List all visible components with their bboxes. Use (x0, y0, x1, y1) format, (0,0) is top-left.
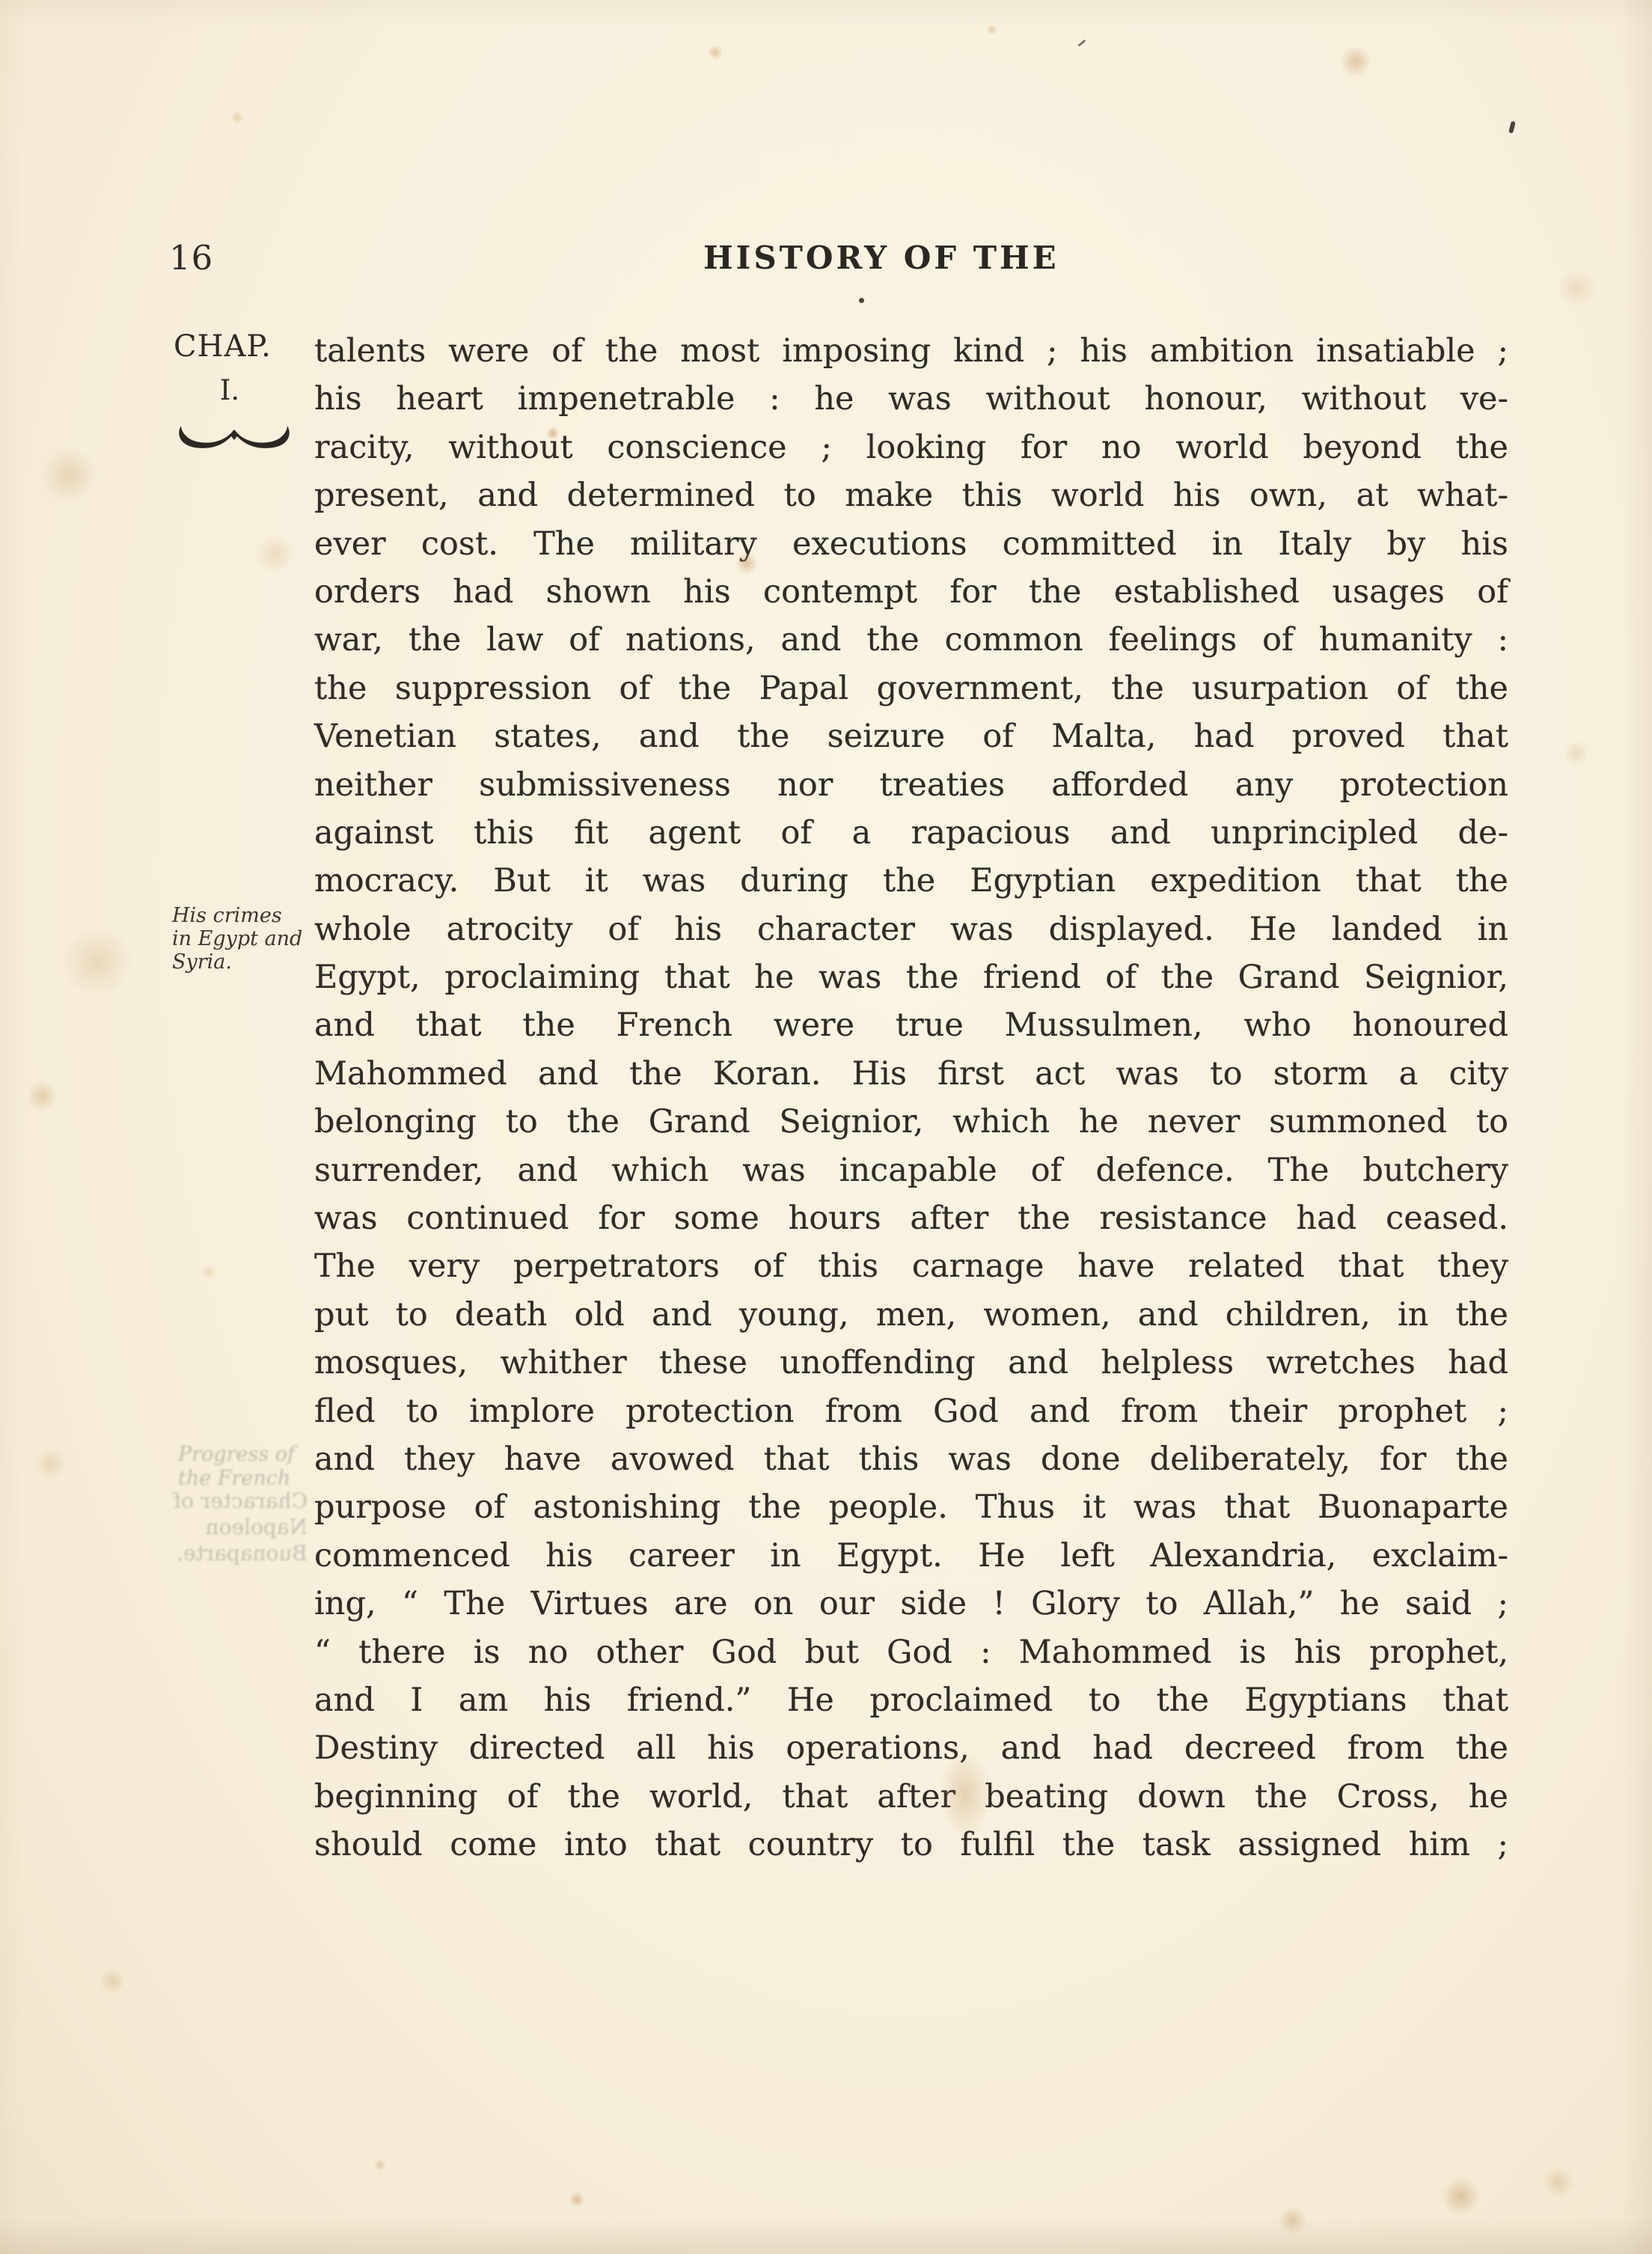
foxing-spot (60, 928, 135, 995)
text-line: the suppression of the Papal government,… (314, 665, 1508, 712)
text-line: against this fit agent of a rapacious an… (314, 809, 1508, 857)
text-line: his heart impenetrable : he was without … (314, 375, 1508, 423)
body-text: talents were of the most imposing kind ;… (314, 327, 1508, 1869)
text-line: racity, without conscience ; looking for… (314, 424, 1508, 471)
foxing-spot (1440, 2178, 1481, 2215)
text-line: should come into that country to fulfil … (314, 1821, 1508, 1869)
text-line: Mahommed and the Koran. His first act wa… (314, 1050, 1508, 1098)
text-line: commenced his career in Egypt. He left A… (314, 1532, 1508, 1580)
bleedthrough-note: Progress of the French (178, 1443, 316, 1491)
text-line: ing, “ The Virtues are on our side ! Glo… (314, 1580, 1508, 1628)
foxing-spot (26, 1081, 58, 1111)
bleedthrough-note-mirrored: Character of Napoleon Buonaparte. (147, 1488, 308, 1566)
foxing-spot (230, 111, 244, 124)
text-line: and that the French were true Mussulmen,… (314, 1001, 1508, 1049)
ink-speck (1077, 39, 1086, 46)
margin-note-crimes: His crimes in Egypt and Syria. (172, 904, 305, 974)
foxing-spot (99, 1968, 126, 1994)
text-line: surrender, and which was incapable of de… (314, 1146, 1508, 1194)
ink-speck (859, 298, 864, 303)
text-line: war, the law of nations, and the common … (314, 616, 1508, 664)
text-line: Venetian states, and the seizure of Malt… (314, 712, 1508, 760)
text-line: belonging to the Grand Seignior, which h… (314, 1098, 1508, 1146)
running-header: HISTORY OF THE (703, 239, 1059, 276)
foxing-spot (1541, 2166, 1575, 2198)
foxing-spot (1556, 269, 1597, 307)
text-line: talents were of the most imposing kind ;… (314, 327, 1508, 375)
text-line: orders had shown his contempt for the es… (314, 568, 1508, 616)
book-page: 16 HISTORY OF THE CHAP. I. His crimes in… (0, 0, 1652, 2254)
chapter-label: CHAP. (174, 329, 298, 364)
foxing-spot (1564, 741, 1589, 765)
text-line: ever cost. The military executions commi… (314, 520, 1508, 568)
text-line: The very perpetrators of this carnage ha… (314, 1242, 1508, 1290)
foxing-spot (569, 2191, 585, 2208)
chapter-numeral: I. (174, 374, 286, 406)
text-line: mosques, whither these unoffending and h… (314, 1339, 1508, 1387)
text-line: put to death old and young, men, women, … (314, 1291, 1508, 1339)
text-line: “ there is no other God but God : Mahomm… (314, 1628, 1508, 1676)
text-line: neither submissiveness nor treaties affo… (314, 761, 1508, 809)
text-line: fled to implore protection from God and … (314, 1387, 1508, 1435)
foxing-spot (254, 535, 296, 572)
foxing-spot (1339, 46, 1372, 76)
text-line: was continued for some hours after the r… (314, 1194, 1508, 1242)
text-line: Destiny directed all his operations, and… (314, 1724, 1508, 1772)
foxing-spot (708, 45, 723, 60)
foxing-spot (201, 1265, 217, 1280)
page-number: 16 (169, 238, 213, 278)
text-line: purpose of astonishing the people. Thus … (314, 1483, 1508, 1531)
foxing-spot (1278, 2206, 1308, 2235)
foxing-spot (34, 1448, 67, 1479)
foxing-spot (374, 2159, 386, 2171)
chapter-flourish-icon (175, 413, 293, 459)
text-line: and I am his friend.” He proclaimed to t… (314, 1676, 1508, 1724)
text-line: mocracy. But it was during the Egyptian … (314, 857, 1508, 905)
foxing-spot (39, 449, 99, 501)
text-line: Egypt, proclaiming that he was the frien… (314, 953, 1508, 1001)
text-line: present, and determined to make this wor… (314, 471, 1508, 519)
text-line: whole atrocity of his character was disp… (314, 905, 1508, 953)
text-line: and they have avowed that this was done … (314, 1435, 1508, 1483)
foxing-spot (986, 24, 997, 35)
ink-speck (1508, 121, 1516, 134)
text-line: beginning of the world, that after beati… (314, 1773, 1508, 1821)
